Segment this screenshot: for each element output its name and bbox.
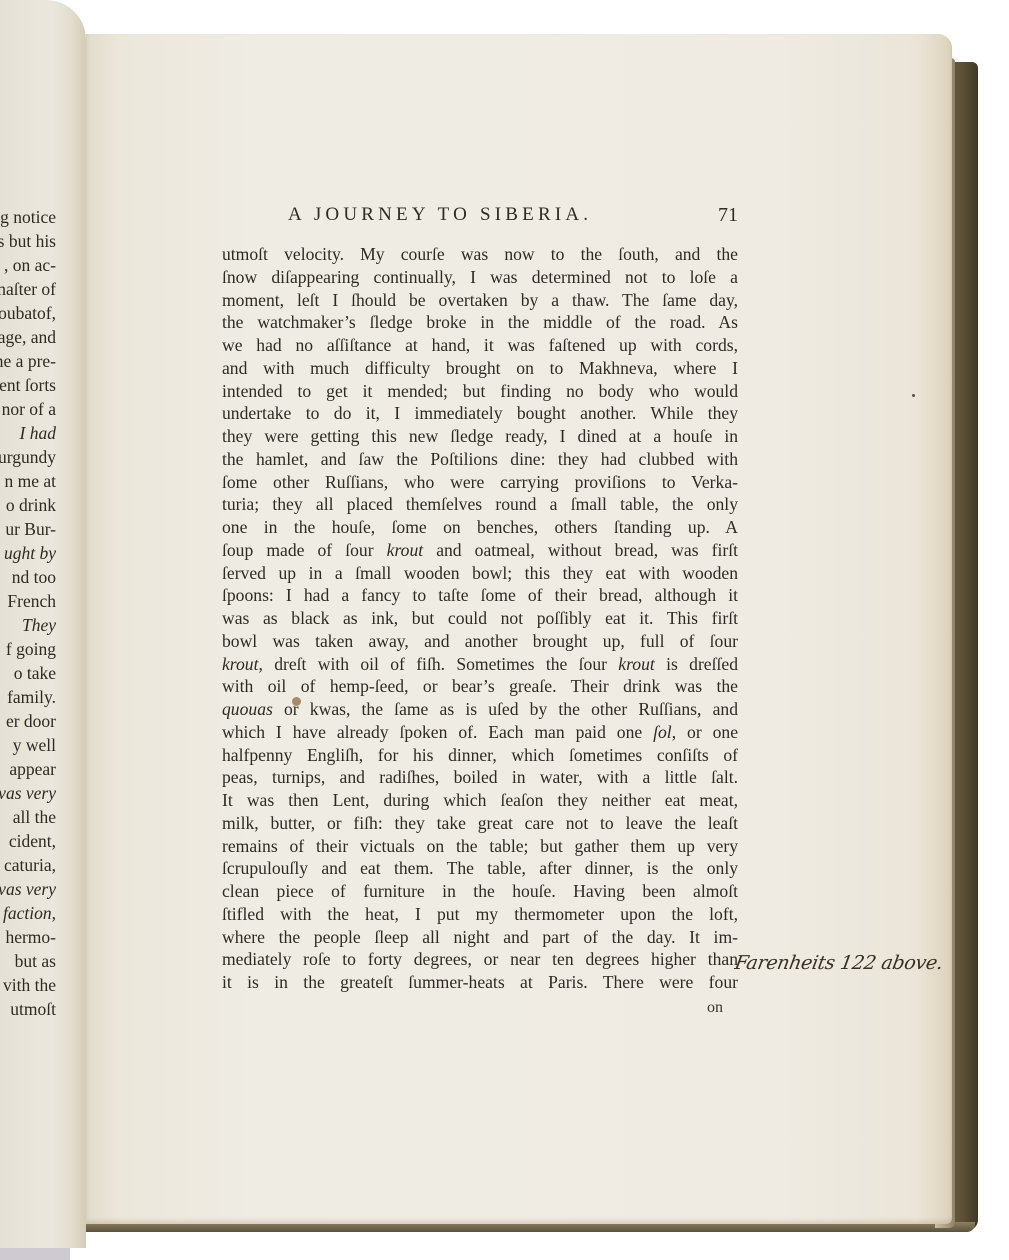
text-line: one in the houſe, ſome on benches, other… [222, 516, 738, 539]
left-text-fragment: nor of a [0, 397, 56, 421]
left-text-fragment: naſter of [0, 277, 56, 301]
running-head: A JOURNEY TO SIBERIA. 71 [288, 200, 748, 232]
italic-word: ſol [653, 722, 672, 742]
text-line: ſnow diſappearing continually, I was det… [222, 266, 738, 289]
left-text-fragment: hermo- [0, 925, 56, 949]
text-line: and with much difficulty brought on to M… [222, 357, 738, 380]
left-text-fragment: ught by [0, 541, 56, 565]
left-text-fragment: faction, [0, 901, 56, 925]
text-line: it is in the greateſt ſummer-heats at Pa… [222, 971, 738, 994]
text-line: halfpenny Engliſh, for his dinner, which… [222, 744, 738, 767]
text-line: utmoſt velocity. My courſe was now to th… [222, 243, 738, 266]
text-line: turia; they all placed themſelves round … [222, 493, 738, 516]
text-line: they were getting this new ſledge ready,… [222, 425, 738, 448]
text-line: the hamlet, and ſaw the Poſtilions dine:… [222, 448, 738, 471]
text-line: where the people ſleep all night and par… [222, 926, 738, 949]
left-text-fragment: ne a pre- [0, 349, 56, 373]
left-text-fragment: cident, [0, 829, 56, 853]
left-text-fragment: family. [0, 685, 56, 709]
left-text-fragment: French [0, 589, 56, 613]
left-text-fragment: ur Bur- [0, 517, 56, 541]
left-text-fragment: I had [0, 421, 56, 445]
text-line: ſtifled with the heat, I put my thermome… [222, 903, 738, 926]
text-line: peas, turnips, and radiſhes, boiled in w… [222, 766, 738, 789]
text-line: ſoup made of ſour krout and oatmeal, wit… [222, 539, 738, 562]
left-text-fragment: n me at [0, 469, 56, 493]
text-line: undertake to do it, I immediately bought… [222, 402, 738, 425]
left-text-fragment: caturia, [0, 853, 56, 877]
left-text-fragment: but as [0, 949, 56, 973]
left-text-fragment: vas very [0, 877, 56, 901]
left-text-fragment: They [0, 613, 56, 637]
left-text-fragment: all the [0, 805, 56, 829]
left-text-fragment: appear [0, 757, 56, 781]
text-line: ſome other Ruſſians, who were carrying p… [222, 471, 738, 494]
page-number: 71 [718, 204, 738, 227]
left-page: ng notices but his, on ac-naſter ofoubat… [0, 0, 86, 1248]
left-text-fragment: utmoſt [0, 997, 56, 1021]
left-text-fragment: ng notice [0, 205, 56, 229]
left-text-fragment: o drink [0, 493, 56, 517]
text-line: milk, butter, or fiſh: they take great c… [222, 812, 738, 835]
left-text-fragment: age, and [0, 325, 56, 349]
left-page-text-fragments: ng notices but his, on ac-naſter ofoubat… [0, 205, 56, 1021]
left-text-fragment: oubatof, [0, 301, 56, 325]
left-text-fragment: y well [0, 733, 56, 757]
left-text-fragment: f going [0, 637, 56, 661]
italic-word: quouas [222, 699, 273, 719]
text-line: krout, dreſt with oil of fiſh. Sometimes… [222, 653, 738, 676]
foxing-stain [292, 697, 301, 706]
text-line: mediately roſe to forty degrees, or near… [222, 948, 738, 971]
text-line: which I have already ſpoken of. Each man… [222, 721, 738, 744]
italic-word: krout [387, 540, 424, 560]
left-text-fragment: vith the [0, 973, 56, 997]
text-line: remains of their victuals on the table; … [222, 835, 738, 858]
handwritten-annotation: Farenheits 122 above. [733, 952, 945, 974]
left-text-fragment: er door [0, 709, 56, 733]
left-text-fragment: ent ſorts [0, 373, 56, 397]
text-line: It was then Lent, during which ſeaſon th… [222, 789, 738, 812]
catchword: on [707, 999, 723, 1017]
running-title: A JOURNEY TO SIBERIA. [288, 204, 592, 226]
text-line: was as black as ink, but could not poſſi… [222, 607, 738, 630]
text-line: ſerved up in a ſmall wooden bowl; this t… [222, 562, 738, 585]
left-text-fragment: , on ac- [0, 253, 56, 277]
text-line: moment, leſt I ſhould be overtaken by a … [222, 289, 738, 312]
text-line: the watchmaker’s ſledge broke in the mid… [222, 311, 738, 334]
text-line: with oil of hemp-ſeed, or bear’s greaſe.… [222, 675, 738, 698]
left-text-fragment: s but his [0, 229, 56, 253]
text-line: ſpoons: I had a fancy to taſte ſome of t… [222, 584, 738, 607]
text-line: bowl was taken away, and another brought… [222, 630, 738, 653]
text-line: ſcrupulouſly and eat them. The table, af… [222, 857, 738, 880]
italic-word: krout [222, 654, 259, 674]
margin-mark [912, 394, 915, 397]
italic-word: krout [618, 654, 655, 674]
text-line: we had no aſſiſtance at hand, it was faſ… [222, 334, 738, 357]
left-text-fragment: vas very [0, 781, 56, 805]
left-text-fragment: o take [0, 661, 56, 685]
text-line: clean piece of furniture in the houſe. H… [222, 880, 738, 903]
left-text-fragment: nd too [0, 565, 56, 589]
body-text: utmoſt velocity. My courſe was now to th… [222, 243, 738, 994]
text-line: intended to get it mended; but finding n… [222, 380, 738, 403]
left-text-fragment: urgundy [0, 445, 56, 469]
